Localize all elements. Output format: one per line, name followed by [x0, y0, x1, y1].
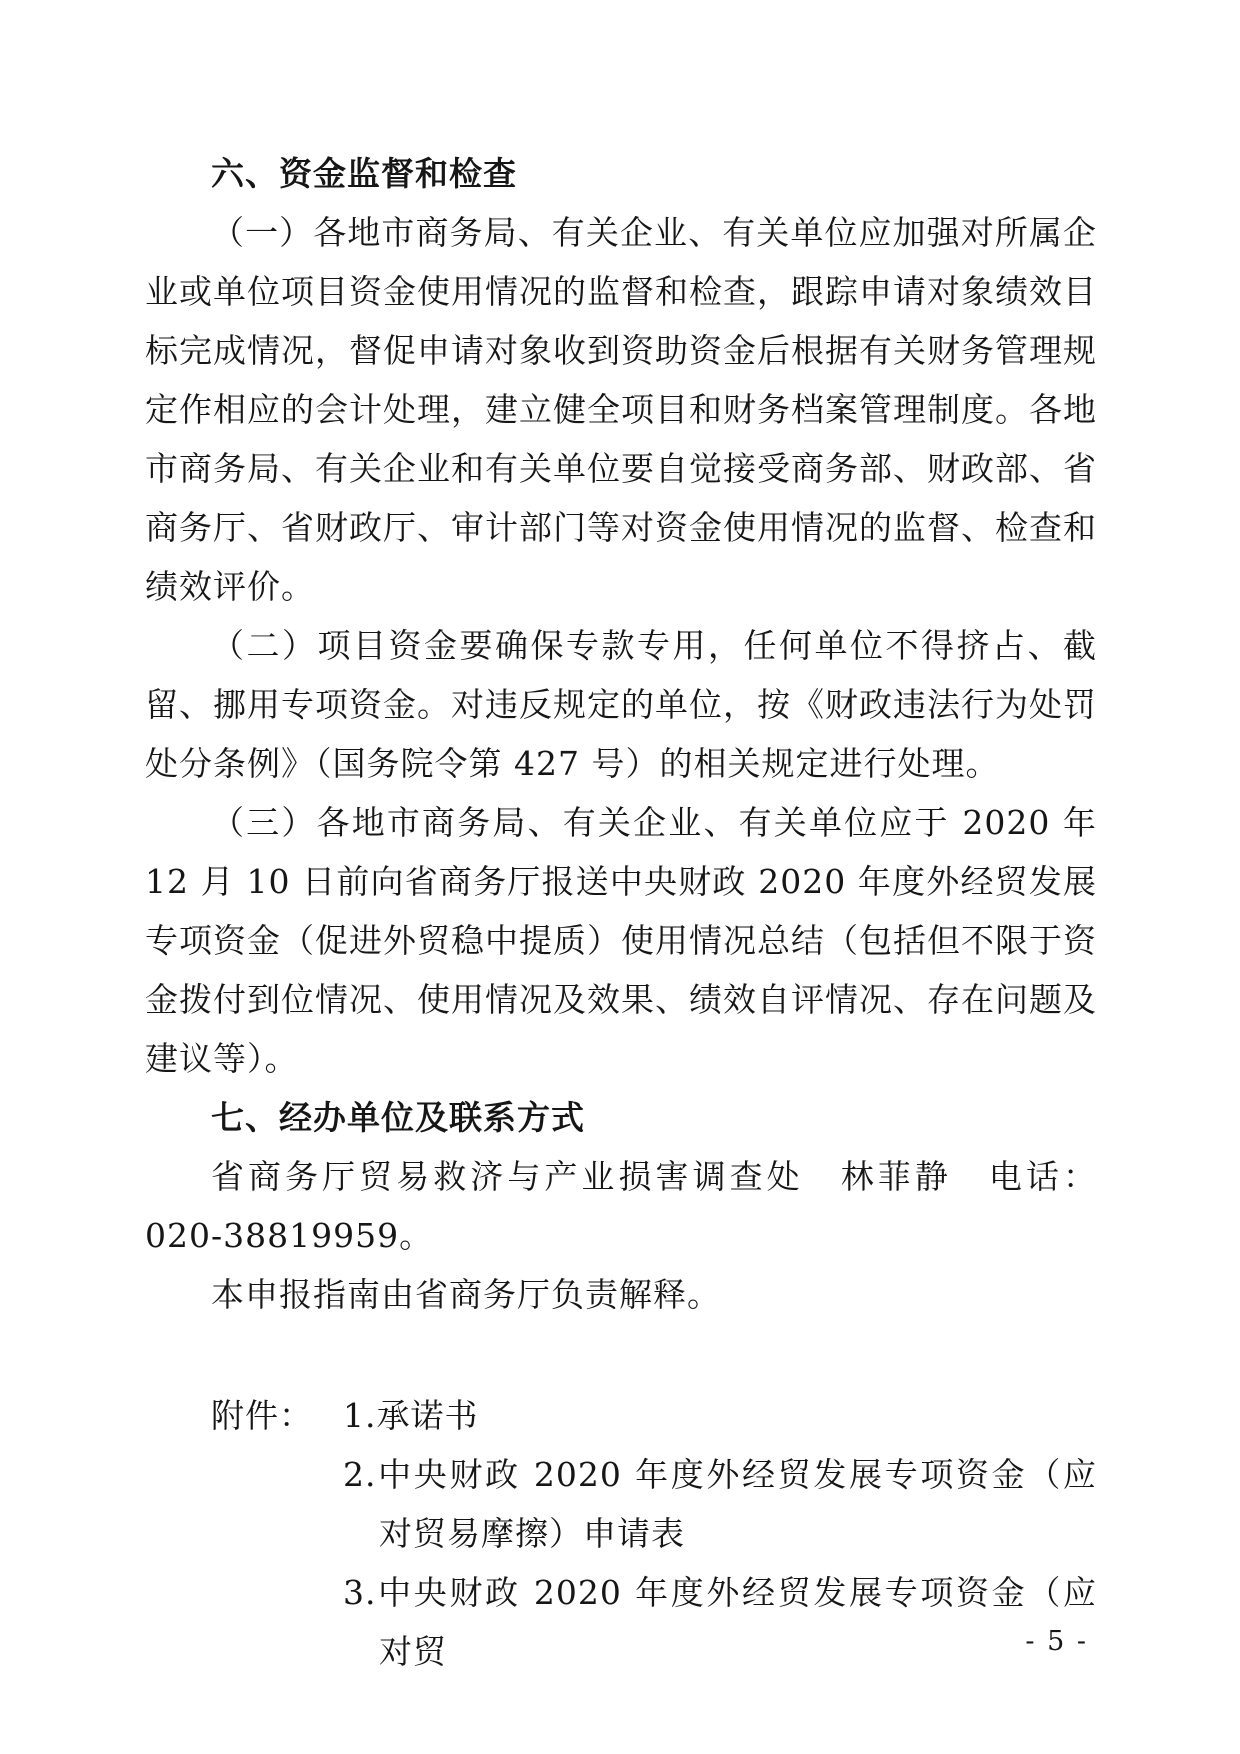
document-page: 六、资金监督和检查（一）各地市商务局、有关企业、有关单位应加强对所属企业或单位项… — [0, 0, 1240, 1754]
section-heading: 六、资金监督和检查 — [145, 144, 1097, 203]
body-paragraph: （二）项目资金要确保专款专用，任何单位不得挤占、截留、挪用专项资金。对违反规定的… — [145, 616, 1097, 793]
body-paragraph: （一）各地市商务局、有关企业、有关单位应加强对所属企业或单位项目资金使用情况的监… — [145, 203, 1097, 616]
body-paragraph: 省商务厅贸易救济与产业损害调查处 林菲静 电话：020-38819959。 — [145, 1147, 1097, 1265]
page-number: - 5 - — [1025, 1622, 1088, 1662]
attachment-item: 1.承诺书 — [343, 1386, 1097, 1445]
sections-container: 六、资金监督和检查（一）各地市商务局、有关企业、有关单位应加强对所属企业或单位项… — [145, 144, 1097, 1324]
body-paragraph: 本申报指南由省商务厅负责解释。 — [145, 1265, 1097, 1324]
attachments-label: 附件： — [211, 1386, 343, 1445]
body-paragraph: （三）各地市商务局、有关企业、有关单位应于 2020 年 12 月 10 日前向… — [145, 793, 1097, 1088]
attachment-item: 3.中央财政 2020 年度外经贸发展专项资金（应对贸 — [343, 1563, 1097, 1681]
attachments-block: 附件： 1.承诺书2.中央财政 2020 年度外经贸发展专项资金（应对贸易摩擦）… — [145, 1386, 1097, 1681]
section-heading: 七、经办单位及联系方式 — [145, 1088, 1097, 1147]
document-body: 六、资金监督和检查（一）各地市商务局、有关企业、有关单位应加强对所属企业或单位项… — [145, 144, 1097, 1681]
attachments-list: 1.承诺书2.中央财政 2020 年度外经贸发展专项资金（应对贸易摩擦）申请表3… — [343, 1386, 1097, 1681]
attachment-item: 2.中央财政 2020 年度外经贸发展专项资金（应对贸易摩擦）申请表 — [343, 1445, 1097, 1563]
